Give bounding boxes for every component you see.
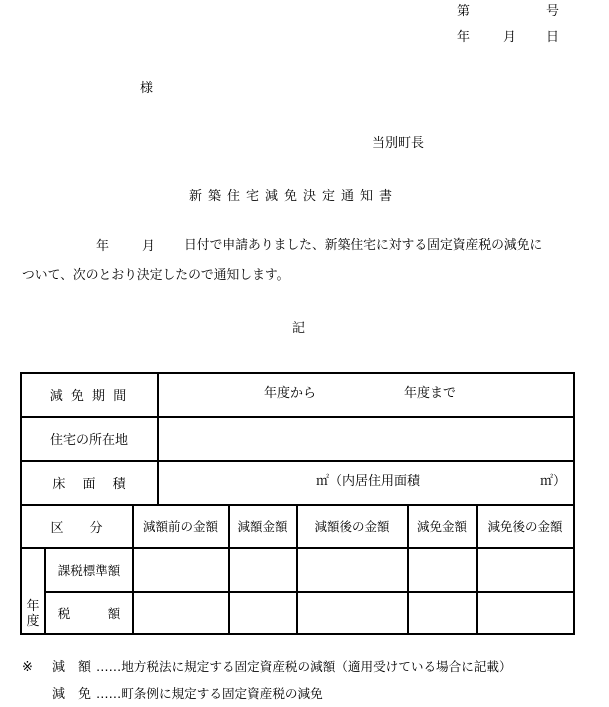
period-label-text: 減 免 期 間	[50, 385, 128, 404]
location-label: 住宅の所在地	[21, 417, 157, 460]
category-header-text: 区 分	[50, 517, 102, 536]
amount-cell[interactable]	[229, 592, 296, 633]
location-label-text: 住宅の所在地	[50, 429, 128, 448]
amount-cell[interactable]	[229, 548, 296, 591]
amount-cell[interactable]	[408, 592, 476, 633]
amount-cell[interactable]	[297, 592, 407, 633]
period-label: 減 免 期 間	[21, 373, 157, 416]
ki-heading: 記	[292, 322, 305, 335]
number-suffix: 号	[546, 5, 559, 18]
amount-cell[interactable]	[133, 548, 228, 591]
note2-text: ……町条例に規定する固定資産税の減免	[96, 688, 323, 701]
period-to-field[interactable]: 年度まで	[404, 387, 456, 400]
fiscal-year-label: 年度	[24, 599, 42, 629]
period-from-field[interactable]: 年度から	[264, 387, 316, 400]
date-year: 年	[457, 31, 470, 44]
location-field[interactable]	[159, 417, 573, 460]
note-mark: ※	[22, 661, 33, 674]
number-prefix: 第	[457, 5, 470, 18]
column-header: 減免後の金額	[477, 505, 573, 547]
amount-cell[interactable]	[477, 548, 573, 591]
date-month: 月	[503, 31, 516, 44]
sender-name: 当別町長	[372, 137, 424, 150]
table-border	[573, 372, 575, 635]
recipient-honorific: 様	[140, 82, 153, 95]
note1-term: 減 額	[52, 661, 91, 674]
amount-cell[interactable]	[477, 592, 573, 633]
column-header: 減免金額	[408, 505, 476, 547]
floor-area-field[interactable]: ㎡（内居住用面積	[316, 475, 420, 488]
column-header: 減額金額	[229, 505, 296, 547]
document-title: 新築住宅減免決定通知書	[189, 190, 398, 203]
row-label: 課税標準額	[46, 548, 132, 591]
row-label: 税 額	[46, 592, 132, 633]
residential-area-field[interactable]: ㎡）	[540, 475, 566, 488]
category-header: 区 分	[21, 505, 132, 547]
body-line2: ついて、次のとおり決定したので通知します。	[22, 270, 289, 283]
amount-cell[interactable]	[297, 548, 407, 591]
column-header: 減額後の金額	[297, 505, 407, 547]
note1-text: ……地方税法に規定する固定資産税の減額（適用受けている場合に記載）	[96, 661, 512, 674]
body-month: 月	[142, 240, 155, 253]
floor-area-label-text: 床 面 積	[52, 473, 125, 492]
note2-term: 減 免	[52, 688, 91, 701]
floor-area-label: 床 面 積	[21, 461, 157, 504]
body-line1: 日付で申請ありました、新築住宅に対する固定資産税の減免に	[184, 240, 542, 253]
amount-cell[interactable]	[408, 548, 476, 591]
amount-cell[interactable]	[133, 592, 228, 633]
column-header: 減額前の金額	[133, 505, 228, 547]
table-border	[20, 633, 575, 635]
date-day: 日	[546, 31, 559, 44]
body-year: 年	[96, 240, 109, 253]
